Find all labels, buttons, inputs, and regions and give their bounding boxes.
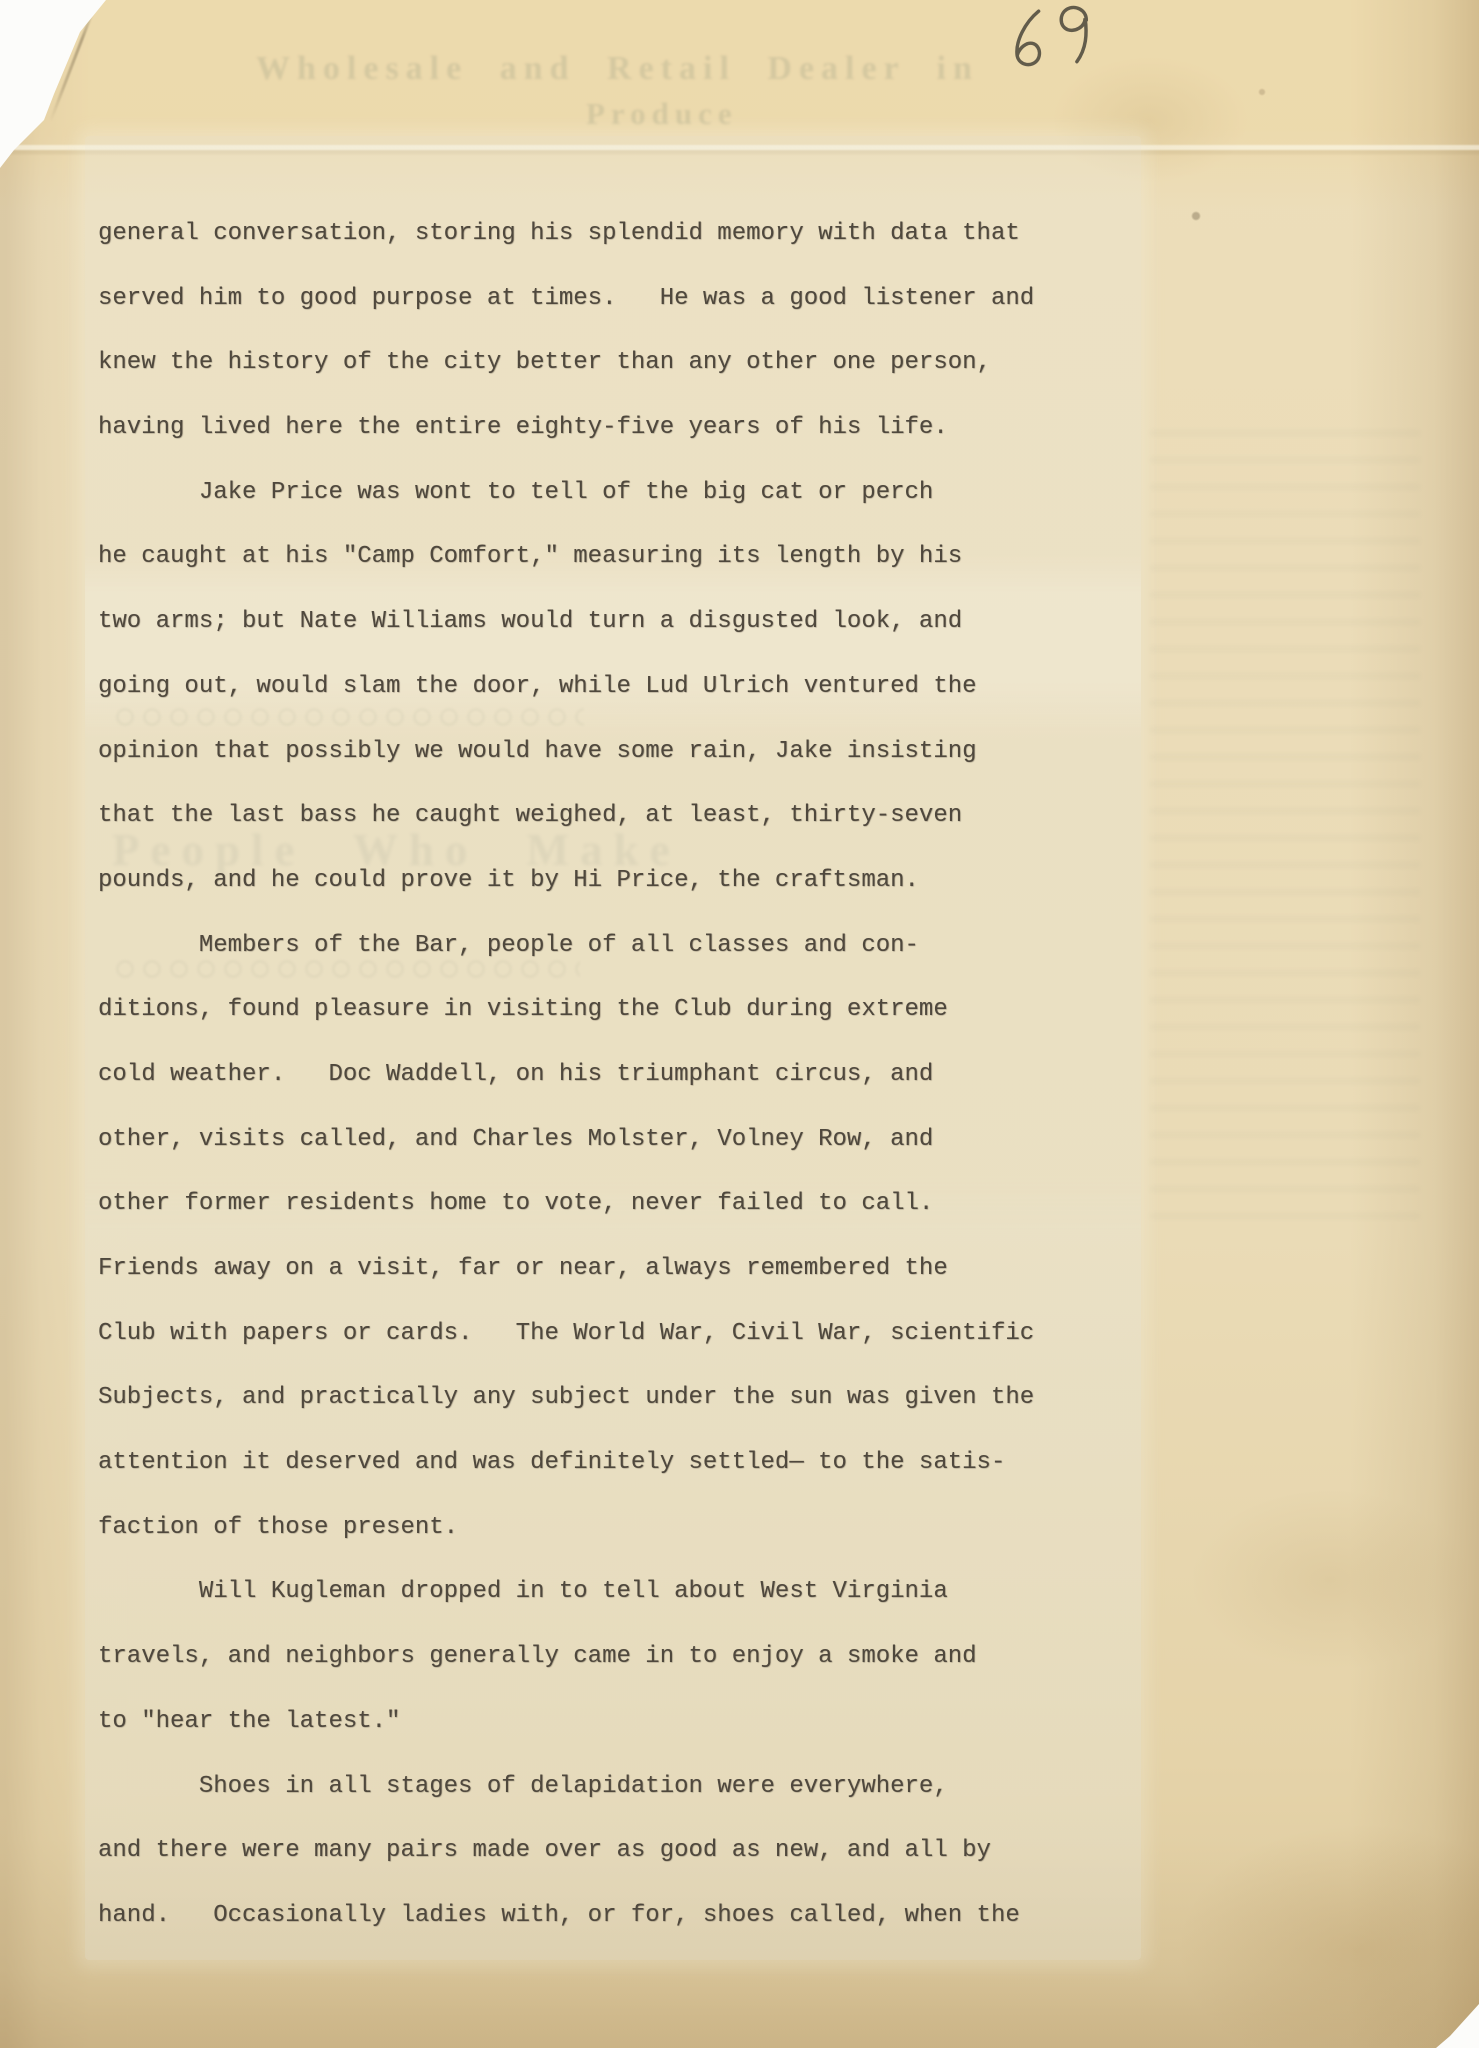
- ghost-print-heading: Wholesale and Retail Dealer in: [256, 50, 979, 88]
- ghost-print-column: [1150, 430, 1420, 1230]
- typed-line: opinion that possibly we would have some…: [98, 738, 1034, 766]
- typed-line: to "hear the latest.": [98, 1708, 1034, 1736]
- scanned-document: Wholesale and Retail Dealer in Produce P…: [0, 0, 1479, 2048]
- typed-line: Friends away on a visit, far or near, al…: [98, 1255, 1034, 1283]
- typed-line: cold weather. Doc Waddell, on his triump…: [98, 1061, 1034, 1089]
- typed-line: Members of the Bar, people of all classe…: [98, 932, 1034, 960]
- typed-line: travels, and neighbors generally came in…: [98, 1643, 1034, 1671]
- typed-line: pounds, and he could prove it by Hi Pric…: [98, 867, 1034, 895]
- typed-line: ditions, found pleasure in visiting the …: [98, 996, 1034, 1024]
- typed-line: and there were many pairs made over as g…: [98, 1837, 1034, 1865]
- typed-line: other former residents home to vote, nev…: [98, 1190, 1034, 1218]
- typed-line: Subjects, and practically any subject un…: [98, 1384, 1034, 1412]
- typed-line: hand. Occasionally ladies with, or for, …: [98, 1902, 1034, 1930]
- typed-line: attention it deserved and was definitely…: [98, 1449, 1034, 1477]
- typed-line: Jake Price was wont to tell of the big c…: [98, 479, 1034, 507]
- typed-line: he caught at his "Camp Comfort," measuri…: [98, 543, 1034, 571]
- handwritten-page-number: [997, 0, 1104, 85]
- typed-line: served him to good purpose at times. He …: [98, 285, 1034, 313]
- paper-page: Wholesale and Retail Dealer in Produce P…: [0, 0, 1479, 2048]
- typed-line: faction of those present.: [98, 1514, 1034, 1542]
- typed-line: that the last bass he caught weighed, at…: [98, 802, 1034, 830]
- typed-line: knew the history of the city better than…: [98, 349, 1034, 377]
- typed-line: Club with papers or cards. The World War…: [98, 1320, 1034, 1348]
- typed-line: Will Kugleman dropped in to tell about W…: [98, 1578, 1034, 1606]
- typed-line: general conversation, storing his splend…: [98, 220, 1034, 248]
- typed-line: going out, would slam the door, while Lu…: [98, 673, 1034, 701]
- typed-line: having lived here the entire eighty-five…: [98, 414, 1034, 442]
- typed-line: Shoes in all stages of delapidation were…: [98, 1773, 1034, 1801]
- torn-edge-crease: [49, 3, 97, 122]
- ghost-print-heading: Produce: [586, 96, 738, 132]
- typed-line: two arms; but Nate Williams would turn a…: [98, 608, 1034, 636]
- typed-line: other, visits called, and Charles Molste…: [98, 1126, 1034, 1154]
- typewritten-text: general conversation, storing his splend…: [98, 220, 1034, 1967]
